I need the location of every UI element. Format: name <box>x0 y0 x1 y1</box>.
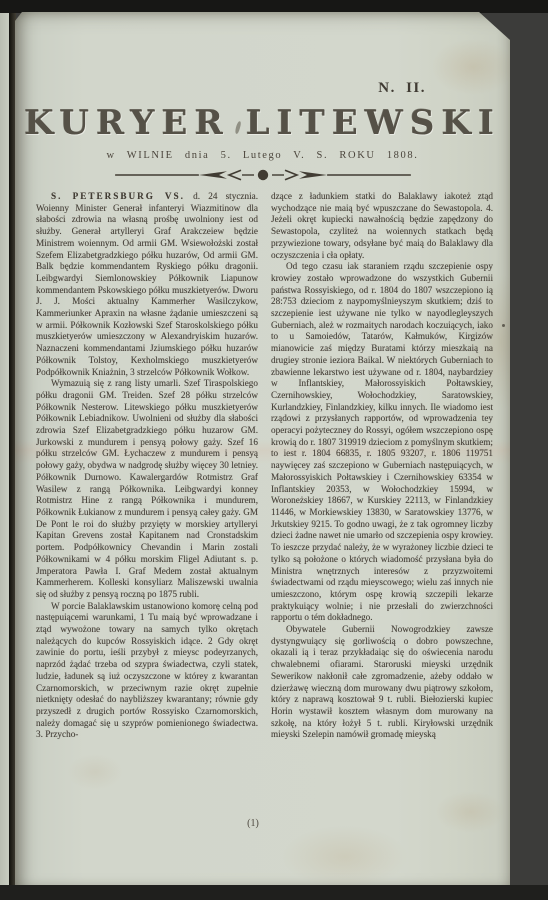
column-right: dzące z ładunkiem statki do Balaklawy ia… <box>271 191 493 821</box>
dateline: w WILNIE dnia 5. Lutego V. S. ROKU 1808. <box>15 150 510 161</box>
paragraph-obituaries: Wymazuią się z rang listy umarli. Szef T… <box>36 378 258 600</box>
masthead-title: KURYERLITEWSKI <box>15 103 510 143</box>
scan-top-edge <box>0 0 548 13</box>
ornament-ink-mark <box>234 121 241 135</box>
signature-mark: (1) <box>223 818 283 829</box>
paragraph-petersburg: S. PETERSBURG VS. d. 24 stycznia. Woienn… <box>36 191 258 378</box>
dateline-lead: S. PETERSBURG VS. <box>51 191 185 201</box>
article-columns: S. PETERSBURG VS. d. 24 stycznia. Woienn… <box>36 191 493 821</box>
book-spine-shadow <box>9 13 16 885</box>
paragraph-text: d. 24 stycznia. Woienny Minister Generał… <box>36 191 258 377</box>
adjacent-page-sliver <box>0 13 9 885</box>
newspaper-sheet: N. II. KURYERLITEWSKI w WILNIE dnia 5. L… <box>15 12 510 885</box>
paragraph-balaklava-customs: W porcie Balaklawskim ustanowiono komorę… <box>36 601 258 741</box>
issue-number: N. II. <box>15 80 426 97</box>
paragraph-smallpox-vaccination: Od tego czasu iak staraniem rządu szczep… <box>271 261 493 624</box>
arrow-ornament-divider <box>113 167 413 183</box>
masthead-word-left: KURYER <box>24 103 230 143</box>
scanned-newspaper-page: N. II. KURYERLITEWSKI w WILNIE dnia 5. L… <box>0 0 548 900</box>
ink-speck <box>502 324 505 327</box>
masthead-word-right: LITEWSKI <box>246 103 501 143</box>
column-left: S. PETERSBURG VS. d. 24 stycznia. Woienn… <box>36 191 258 821</box>
scan-bottom-edge <box>0 885 548 900</box>
paragraph-balaklava-continued: dzące z ładunkiem statki do Balaklawy ia… <box>271 191 493 261</box>
paragraph-novgorod-citizens: Obywatele Gubernii Nowogrodzkiey zawsze … <box>271 624 493 741</box>
